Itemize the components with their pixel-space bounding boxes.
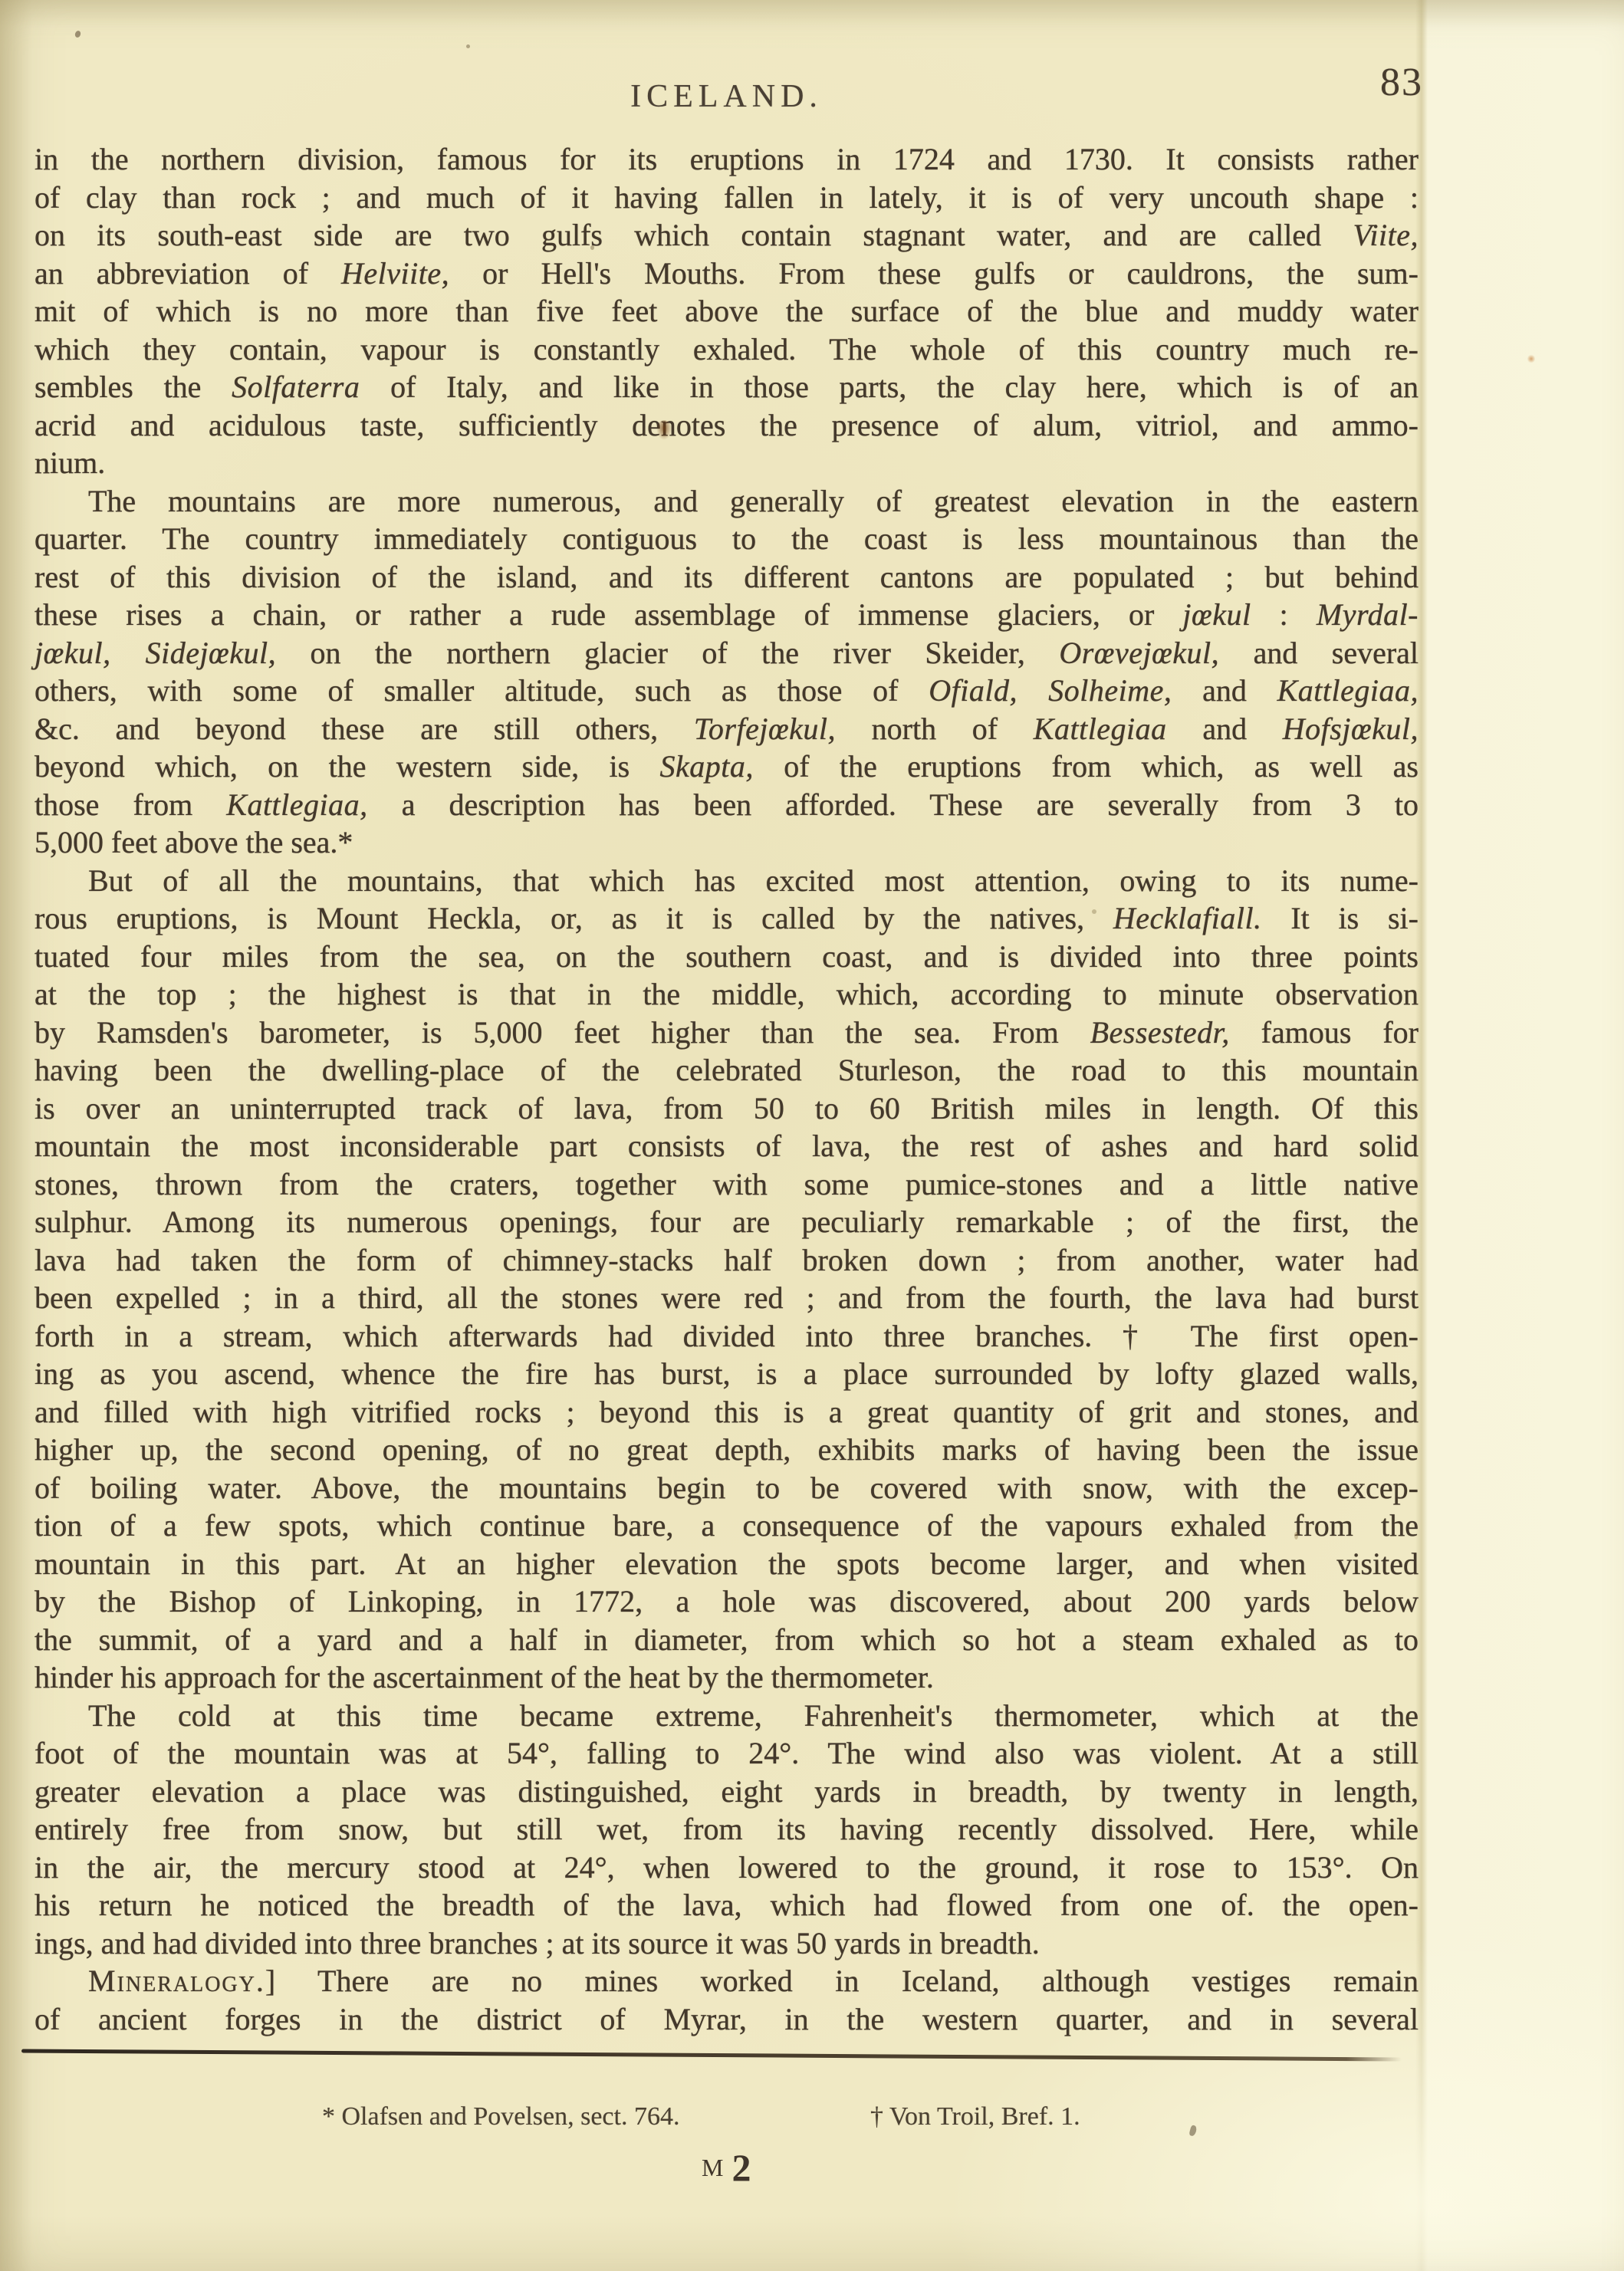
text-line: foot of the mountain was at 54°, falling… — [35, 1734, 1419, 1773]
footnote-divider-rule — [21, 2049, 1402, 2062]
text-line: The mountains are more numerous, and gen… — [35, 482, 1419, 521]
text-line: of ancient forges in the district of Myr… — [35, 2000, 1419, 2039]
text-line: been expelled ; in a third, all the ston… — [35, 1279, 1419, 1317]
text-line: sembles the Solfaterra of Italy, and lik… — [35, 368, 1419, 406]
text-line: forth in a stream, which afterwards had … — [35, 1317, 1419, 1356]
text-line: the summit, of a yard and a half in diam… — [35, 1621, 1419, 1659]
text-line: at the top ; the highest is that in the … — [35, 975, 1419, 1014]
text-line: beyond which, on the western side, is Sk… — [35, 748, 1419, 786]
footnote-olafsen: * Olafsen and Povelsen, sect. 764. — [322, 2102, 679, 2131]
paper-stain — [1527, 354, 1535, 363]
paper-speck — [74, 30, 82, 38]
text-line: by Ramsden's barometer, is 5,000 feet hi… — [35, 1014, 1419, 1052]
text-line: lava had taken the form of chimney-stack… — [35, 1241, 1419, 1280]
paper-speck — [1188, 2125, 1197, 2137]
text-line: which they contain, vapour is constantly… — [35, 330, 1419, 369]
text-line: 5,000 feet above the sea.* — [35, 823, 1419, 862]
text-line: Mineralogy.] There are no mines worked i… — [35, 1962, 1419, 2000]
text-line: nium. — [35, 444, 1419, 482]
text-line: acrid and acidulous taste, sufficiently … — [35, 406, 1419, 445]
text-line: and filled with high vitrified rocks ; b… — [35, 1393, 1419, 1431]
footnote-von-troil: † Von Troil, Bref. 1. — [870, 2102, 1080, 2131]
text-line: hinder his approach for the ascertainmen… — [35, 1658, 1419, 1697]
text-line: rous eruptions, is Mount Heckla, or, as … — [35, 899, 1419, 938]
text-line: But of all the mountains, that which has… — [35, 862, 1419, 900]
text-line: The cold at this time became extreme, Fa… — [35, 1697, 1419, 1735]
signature-number: 2 — [731, 2146, 751, 2189]
text-line: those from Kattlegiaa, a description has… — [35, 786, 1419, 824]
paper-speck — [466, 44, 470, 48]
text-line: sulphur. Among its numerous openings, fo… — [35, 1203, 1419, 1241]
text-line: ing as you ascend, whence the fire has b… — [35, 1355, 1419, 1393]
text-line: tuated four miles from the sea, on the s… — [35, 938, 1419, 976]
text-line: by the Bishop of Linkoping, in 1772, a h… — [35, 1582, 1419, 1621]
book-page: ICELAND. 83 in the northern division, fa… — [0, 0, 1624, 2271]
paragraph: in the northern division, famous for its… — [35, 140, 1419, 482]
text-line: mountain the most inconsiderable part co… — [35, 1127, 1419, 1165]
text-line: an abbreviation of Helviite, or Hell's M… — [35, 255, 1419, 293]
text-line: mit of which is no more than five feet a… — [35, 292, 1419, 330]
paragraph: But of all the mountains, that which has… — [35, 862, 1419, 1697]
text-line: mountain in this part. At an higher elev… — [35, 1545, 1419, 1583]
text-line: his return he noticed the breadth of the… — [35, 1886, 1419, 1924]
text-line: on its south-east side are two gulfs whi… — [35, 216, 1419, 255]
paragraph: Mineralogy.] There are no mines worked i… — [35, 1962, 1419, 2038]
text-line: others, with some of smaller altitude, s… — [35, 672, 1419, 710]
text-line: these rises a chain, or rather a rude as… — [35, 596, 1419, 634]
text-line: tion of a few spots, which continue bare… — [35, 1507, 1419, 1545]
signature-mark: M2 — [702, 2145, 751, 2190]
text-line: in the northern division, famous for its… — [35, 140, 1419, 179]
paragraph: The mountains are more numerous, and gen… — [35, 482, 1419, 862]
text-line: in the air, the mercury stood at 24°, wh… — [35, 1849, 1419, 1887]
text-line: &c. and beyond these are still others, T… — [35, 710, 1419, 748]
text-line: greater elevation a place was distinguis… — [35, 1773, 1419, 1811]
text-line: ings, and had divided into three branche… — [35, 1924, 1419, 1963]
text-line: stones, thrown from the craters, togethe… — [35, 1165, 1419, 1204]
signature-letter: M — [702, 2154, 724, 2181]
running-head-title: ICELAND. — [35, 78, 1419, 115]
text-line: quarter. The country immediately contigu… — [35, 520, 1419, 558]
text-line: entirely free from snow, but still wet, … — [35, 1810, 1419, 1849]
page-number: 83 — [1380, 60, 1423, 105]
text-line: rest of this division of the island, and… — [35, 558, 1419, 597]
text-line: higher up, the second opening, of no gre… — [35, 1431, 1419, 1469]
text-line: of boiling water. Above, the mountains b… — [35, 1469, 1419, 1507]
text-line: jœkul, Sidejœkul, on the northern glacie… — [35, 634, 1419, 672]
paragraph: The cold at this time became extreme, Fa… — [35, 1697, 1419, 1963]
text-line: is over an uninterrupted track of lava, … — [35, 1089, 1419, 1128]
text-line: having been the dwelling-place of the ce… — [35, 1051, 1419, 1089]
page-body: in the northern division, famous for its… — [35, 140, 1419, 2038]
text-line: of clay than rock ; and much of it havin… — [35, 179, 1419, 217]
